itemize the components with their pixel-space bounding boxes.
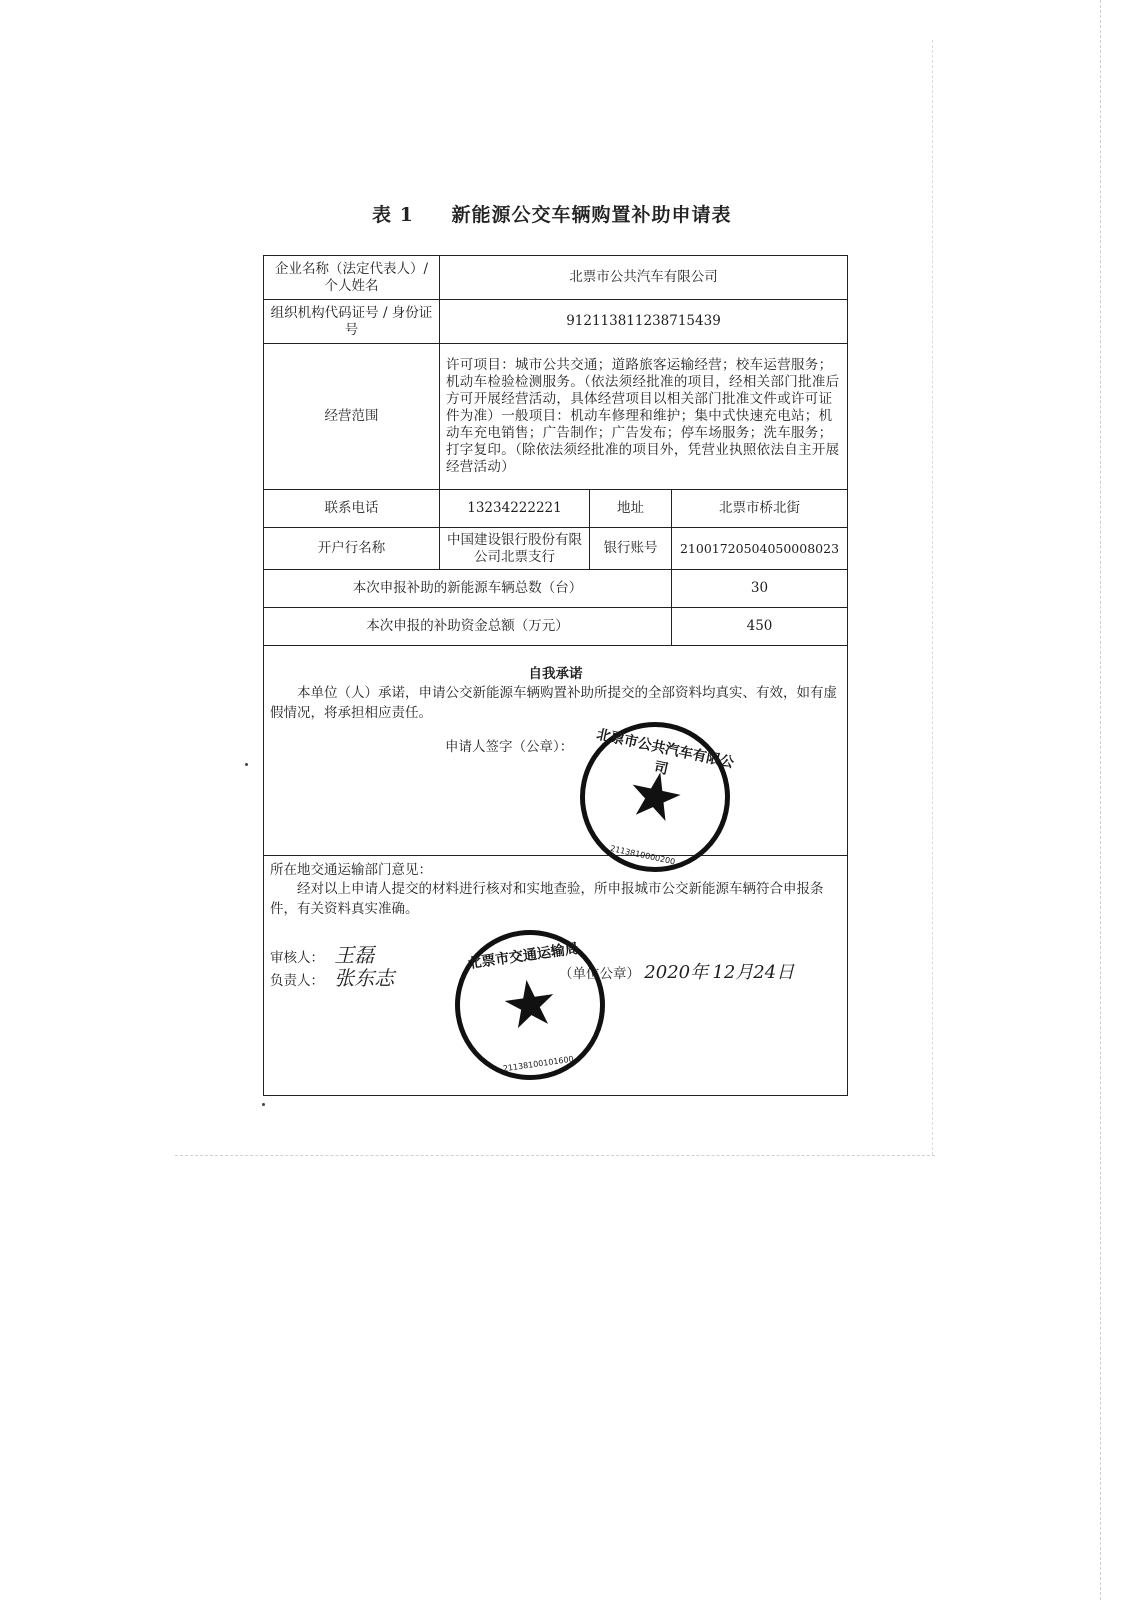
self-pledge-section: 自我承诺 本单位（人）承诺，申请公交新能源车辆购置补助所提交的全部资料均真实、有…	[264, 646, 848, 856]
subsidy-total-label: 本次申报的补助资金总额（万元）	[264, 608, 672, 646]
phone-value: 13234222221	[440, 490, 590, 528]
title-text: 新能源公交车辆购置补助申请表	[451, 204, 731, 226]
org-code-value: 912113811238715439	[440, 300, 848, 344]
bank-account-label: 银行账号	[590, 528, 672, 570]
responsible-label: 负责人：	[270, 973, 324, 989]
pledge-title: 自我承诺	[270, 666, 841, 683]
seal-date: 12月24日	[712, 962, 794, 983]
address-value: 北票市桥北街	[672, 490, 848, 528]
document-title: 表 1 新能源公交车辆购置补助申请表	[372, 200, 731, 227]
business-scope-value: 许可项目：城市公共交通；道路旅客运输经营；校车运营服务；机动车检验检测服务。（依…	[440, 344, 848, 490]
opinion-label: 所在地交通运输部门意见：	[270, 862, 841, 879]
bank-name-label: 开户行名称	[264, 528, 440, 570]
business-scope-label: 经营范围	[264, 344, 440, 490]
reviewer-signature: 王磊	[334, 943, 374, 967]
scan-speck	[262, 1103, 265, 1106]
pledge-text: 本单位（人）承诺，申请公交新能源车辆购置补助所提交的全部资料均真实、有效，如有虚…	[270, 683, 841, 723]
scan-border	[932, 40, 934, 1155]
vehicle-count-label: 本次申报补助的新能源车辆总数（台）	[264, 570, 672, 608]
vehicle-count-value: 30	[672, 570, 848, 608]
reviewer-label: 审核人：	[270, 950, 324, 966]
bank-name-value: 中国建设银行股份有限公司北票支行	[440, 528, 590, 570]
phone-label: 联系电话	[264, 490, 440, 528]
scan-border	[175, 1155, 935, 1157]
responsible-signature: 张东志	[334, 966, 394, 990]
address-label: 地址	[590, 490, 672, 528]
company-name-label: 企业名称（法定代表人）/ 个人姓名	[264, 256, 440, 300]
opinion-text: 经对以上申请人提交的材料进行核对和实地查验，所申报城市公交新能源车辆符合申报条件…	[270, 879, 841, 919]
title-number: 表 1	[372, 204, 414, 226]
subsidy-total-value: 450	[672, 608, 848, 646]
org-code-label: 组织机构代码证号 / 身份证号	[264, 300, 440, 344]
scan-speck	[245, 763, 248, 766]
bank-account-value: 21001720504050008023	[672, 528, 848, 570]
star-icon: ★	[620, 760, 689, 835]
page-edge	[1100, 0, 1102, 1600]
seal-year: 2020年	[644, 962, 708, 983]
star-icon: ★	[497, 969, 563, 1040]
company-name-value: 北票市公共汽车有限公司	[440, 256, 848, 300]
